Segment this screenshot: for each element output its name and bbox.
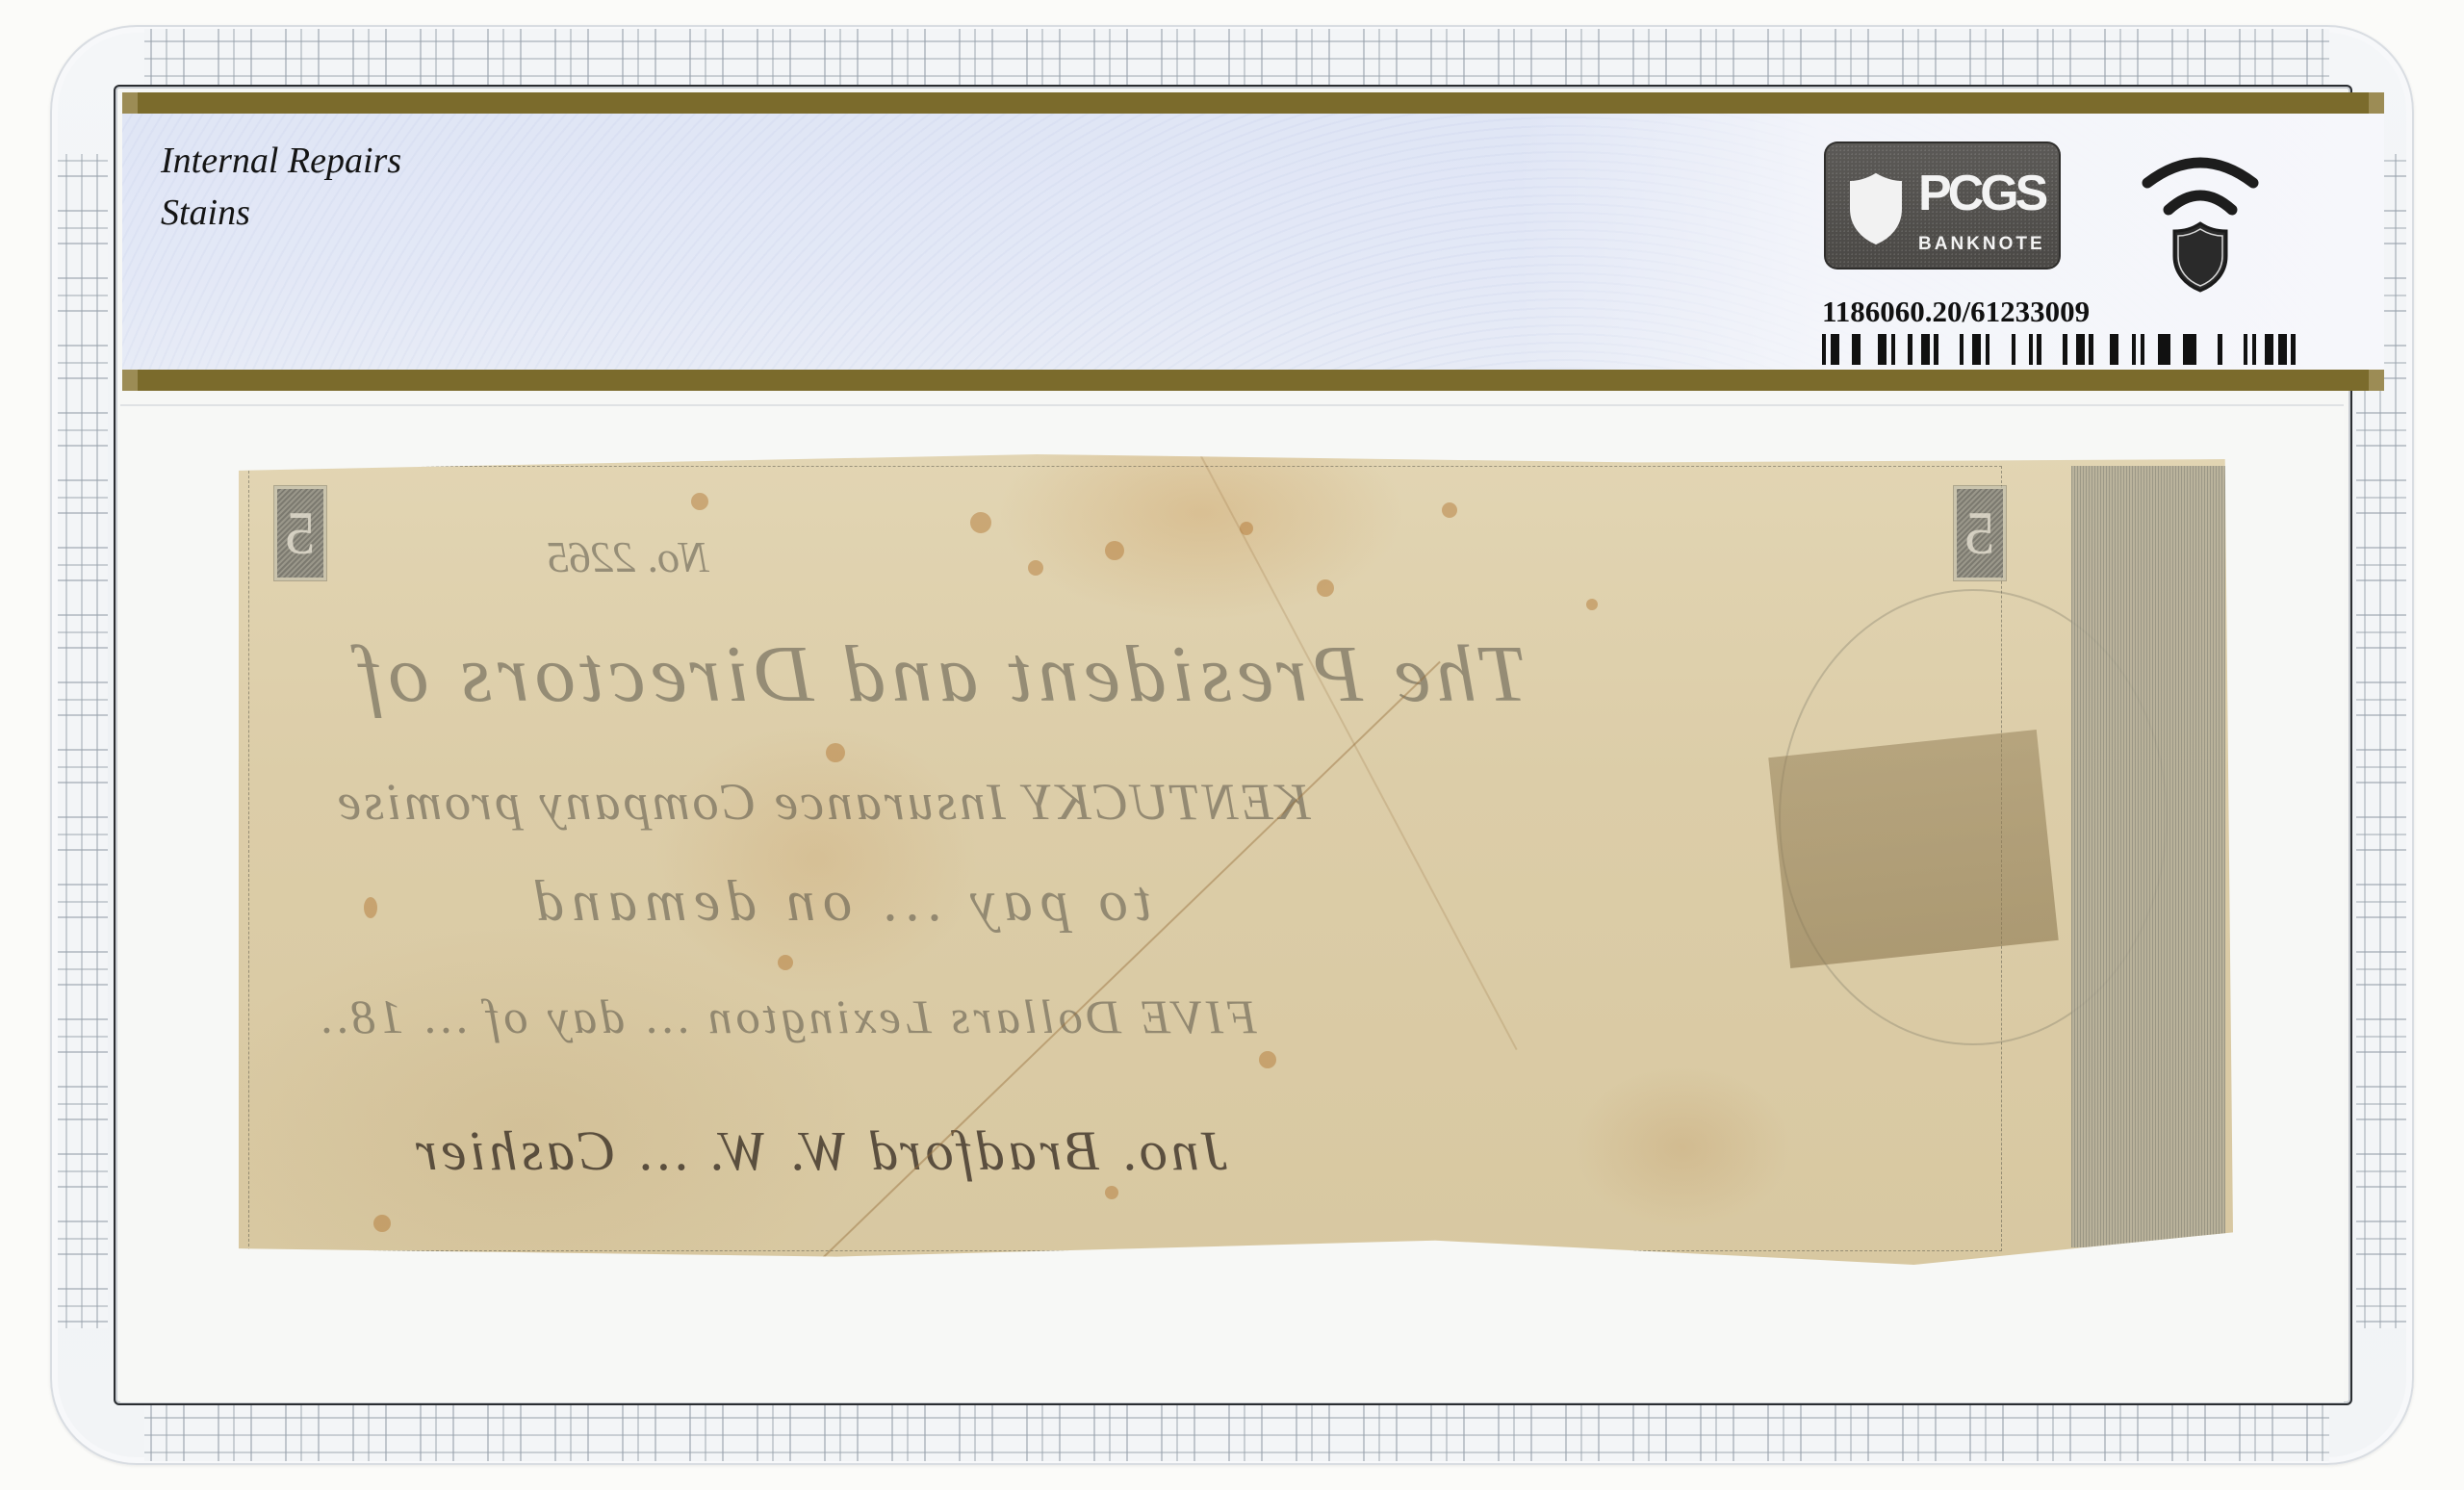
- stain: [826, 743, 845, 762]
- ghost-line-4: FIVE Dollars Lexington ... day of ... 18…: [316, 989, 1257, 1044]
- denomination-corner-left: 5: [277, 489, 323, 578]
- pcgs-banknote-logo: PCGS BANKNOTE: [1824, 141, 2061, 270]
- comment-stains: Stains: [161, 187, 401, 239]
- stain: [1586, 599, 1598, 610]
- stain: [1240, 522, 1253, 535]
- ghost-line-2: KENTUCKY Insurance Company promise: [335, 772, 1311, 832]
- holder-border-pattern-bottom: [144, 1405, 2329, 1461]
- comment-internal-repairs: Internal Repairs: [161, 135, 401, 187]
- note-end-panel: [2071, 466, 2225, 1247]
- stain: [1317, 579, 1334, 597]
- denomination-corner-right: 5: [1957, 489, 2003, 578]
- internal-repair-patch: [1768, 730, 2058, 968]
- pcgs-wordmark: PCGS: [1918, 168, 2044, 218]
- ghost-signatures: Jno. Bradford W. W. ... Cashier: [412, 1118, 1227, 1183]
- holder-border-pattern-top: [144, 29, 2329, 85]
- stain: [970, 512, 991, 533]
- pcgs-subtitle: BANKNOTE: [1918, 234, 2045, 255]
- stain: [364, 897, 377, 918]
- stain: [1442, 502, 1457, 518]
- label-gold-bar-top: [122, 92, 2384, 114]
- label-gold-bar-bottom: [122, 370, 2384, 391]
- stain: [778, 955, 793, 970]
- banknote: 5 5 No. 2265 The President and Directors…: [239, 454, 2233, 1265]
- grading-label: Internal Repairs Stains PCGS BANKNOTE 11…: [122, 92, 2384, 391]
- stain: [1259, 1051, 1276, 1068]
- holder-border-pattern-left: [58, 154, 108, 1328]
- stain: [1105, 1186, 1118, 1199]
- ghost-line-3: to pay ... on demand: [527, 868, 1151, 935]
- pcgs-shield-icon: [1847, 170, 1905, 247]
- cert-number: 1186060.20/61233009: [1822, 295, 2090, 329]
- stain: [691, 493, 708, 510]
- ghost-serial: No. 2265: [547, 531, 709, 582]
- nfc-shield-icon: [2138, 150, 2263, 295]
- ghost-line-1: The President and Directors of: [354, 628, 1527, 721]
- stain: [373, 1215, 391, 1232]
- stain: [1105, 541, 1124, 560]
- label-comments: Internal Repairs Stains: [161, 135, 401, 239]
- cert-barcode: [1822, 334, 2296, 365]
- stain: [1028, 560, 1043, 576]
